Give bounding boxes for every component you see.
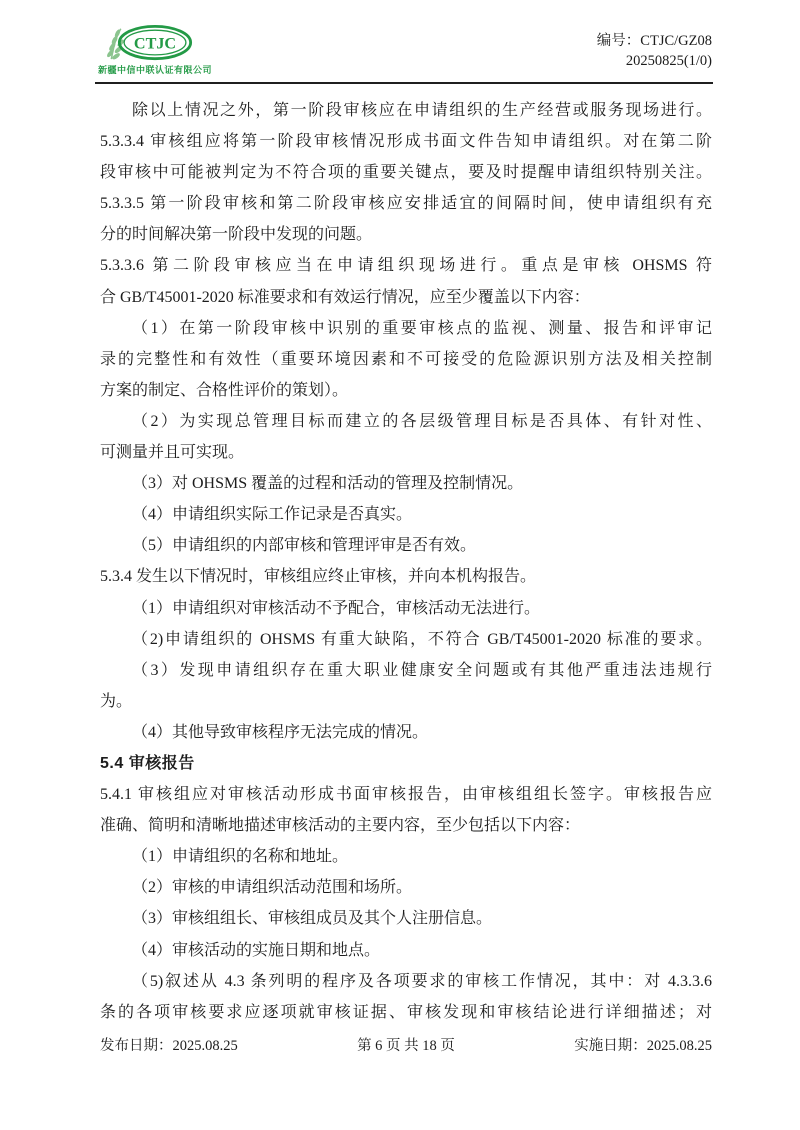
text-line: 5.3.3.5 第一阶段审核和第二阶段审核应安排适宜的间隔时间，使申请组织有充	[100, 188, 712, 219]
text-line: （2）审核的申请组织活动范围和场所。	[100, 872, 712, 903]
text-line: 方案的制定、合格性评价的策划）。	[100, 375, 712, 406]
implementation-date: 实施日期：2025.08.25	[508, 1034, 712, 1055]
text-line: 段审核中可能被判定为不符合项的重要关键点，要及时提醒申请组织特别关注。	[100, 157, 712, 188]
text-line: （4）其他导致审核程序无法完成的情况。	[100, 717, 712, 748]
text-line: 除以上情况之外，第一阶段审核应在申请组织的生产经营或服务现场进行。	[100, 95, 712, 126]
text-line: 合 GB/T45001-2020 标准要求和有效运行情况，应至少覆盖以下内容：	[100, 282, 712, 313]
document-codes: 编号：CTJC/GZ08 20250825(1/0)	[597, 31, 712, 71]
section-heading: 5.4 审核报告	[100, 748, 712, 779]
doc-number-line: 编号：CTJC/GZ08	[597, 31, 712, 51]
wheat-icon	[107, 29, 125, 60]
text-line: （5)叙述从 4.3 条列明的程序及各项要求的审核工作情况，其中：对 4.3.3…	[100, 966, 712, 997]
logo-text: CTJC	[134, 36, 176, 53]
text-line: 录的完整性和有效性（重要环境因素和不可接受的危险源识别方法及相关控制	[100, 344, 712, 375]
text-line: 5.3.3.4 审核组应将第一阶段审核情况形成书面文件告知申请组织。对在第二阶	[100, 126, 712, 157]
release-date: 发布日期：2025.08.25	[100, 1034, 304, 1055]
text-line: 5.3.3.6 第二阶段审核应当在申请组织现场进行。重点是审核 OHSMS 符	[100, 250, 712, 281]
text-line: 条的各项审核要求应逐项就审核证据、审核发现和审核结论进行详细描述；对	[100, 997, 712, 1028]
header-divider	[95, 82, 713, 84]
document-page: CTJC 新疆中信中联认证有限公司 编号：CTJC/GZ08 20250825(…	[0, 0, 800, 1130]
doc-number: CTJC/GZ08	[640, 33, 712, 49]
text-line: （2)申请组织的 OHSMS 有重大缺陷，不符合 GB/T45001-2020 …	[100, 624, 712, 655]
company-logo: CTJC 新疆中信中联认证有限公司	[98, 24, 218, 76]
text-line: （5）申请组织的内部审核和管理评审是否有效。	[100, 530, 712, 561]
document-body: 除以上情况之外，第一阶段审核应在申请组织的生产经营或服务现场进行。5.3.3.4…	[100, 95, 712, 1028]
text-line: 为。	[100, 686, 712, 717]
doc-version: 20250825(1/0)	[597, 51, 712, 71]
text-line: （1）申请组织的名称和地址。	[100, 841, 712, 872]
text-line: （3）发现申请组织存在重大职业健康安全问题或有其他严重违法违规行	[100, 655, 712, 686]
text-line: 准确、简明和清晰地描述审核活动的主要内容，至少包括以下内容：	[100, 810, 712, 841]
text-line: （3）审核组组长、审核组成员及其个人注册信息。	[100, 903, 712, 934]
doc-number-label: 编号：	[597, 33, 641, 49]
text-line: 5.4.1 审核组应对审核活动形成书面审核报告，由审核组组长签字。审核报告应	[100, 779, 712, 810]
text-line: 分的时间解决第一阶段中发现的问题。	[100, 219, 712, 250]
page-footer: 发布日期：2025.08.25 第 6 页 共 18 页 实施日期：2025.0…	[100, 1034, 712, 1055]
text-line: 5.3.4 发生以下情况时，审核组应终止审核，并向本机构报告。	[100, 561, 712, 592]
logo-oval-graphic: CTJC	[98, 24, 193, 62]
text-line: （1）在第一阶段审核中识别的重要审核点的监视、测量、报告和评审记	[100, 313, 712, 344]
text-line: （1）申请组织对审核活动不予配合，审核活动无法进行。	[100, 593, 712, 624]
text-line: （2）为实现总管理目标而建立的各层级管理目标是否具体、有针对性、	[100, 406, 712, 437]
text-line: （3）对 OHSMS 覆盖的过程和活动的管理及控制情况。	[100, 468, 712, 499]
text-line: 可测量并且可实现。	[100, 437, 712, 468]
text-line: （4）申请组织实际工作记录是否真实。	[100, 499, 712, 530]
text-line: （4）审核活动的实施日期和地点。	[100, 935, 712, 966]
page-indicator: 第 6 页 共 18 页	[304, 1034, 508, 1055]
company-name: 新疆中信中联认证有限公司	[98, 63, 218, 76]
